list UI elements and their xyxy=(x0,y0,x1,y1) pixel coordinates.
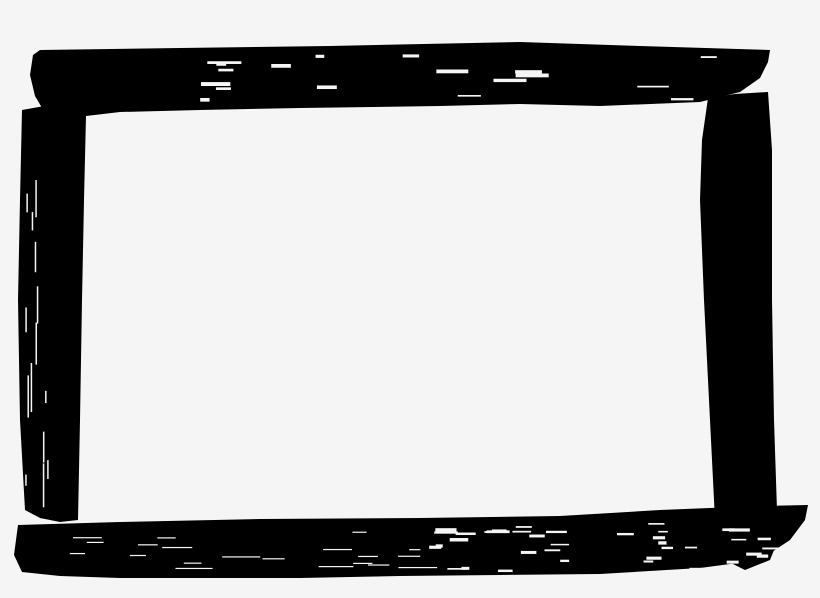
brush-frame xyxy=(0,0,820,598)
